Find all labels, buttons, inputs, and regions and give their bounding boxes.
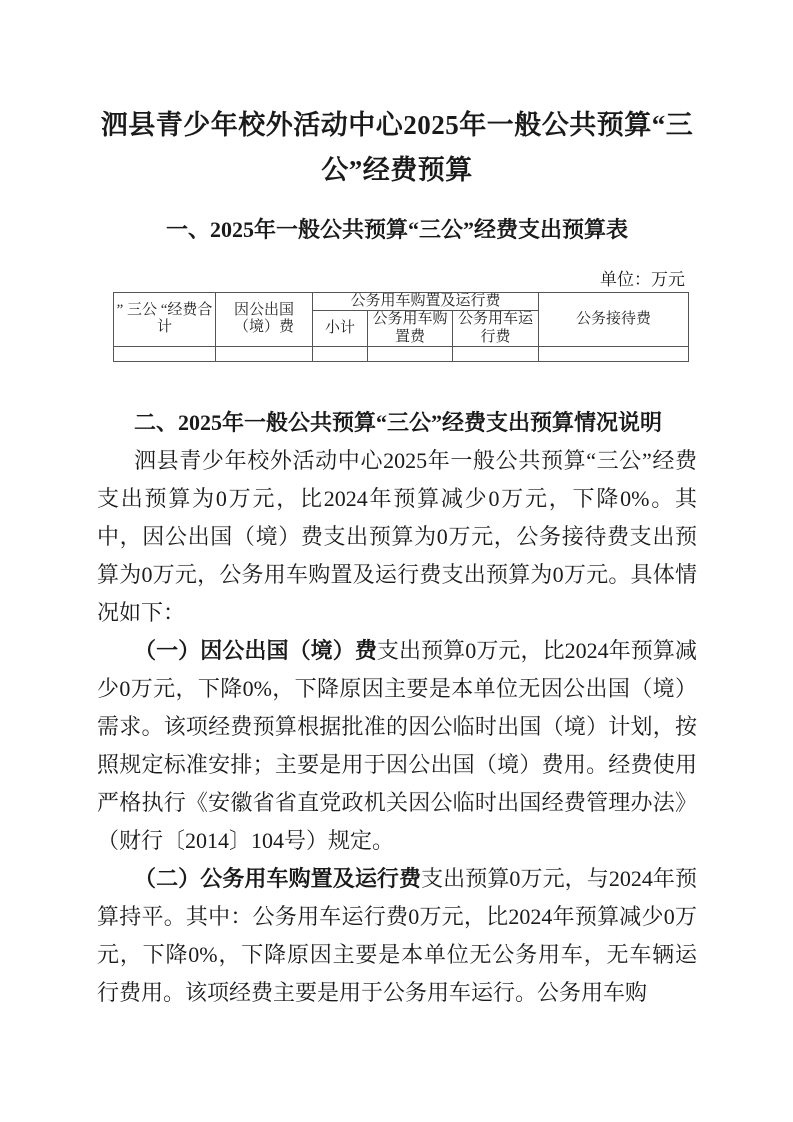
document-title: 泗县青少年校外活动中心2025年一般公共预算“三公”经费预算 <box>97 103 697 193</box>
table-header-vehicle-subtotal: 小计 <box>313 311 368 347</box>
paragraph-abroad-fee: （一）因公出国（境）费支出预算0万元，比2024年预算减少0万元，下降0%，下降… <box>97 632 697 860</box>
table-data-cell-vehicle-subtotal <box>313 346 368 361</box>
paragraph-vehicle-fee-lead: （二）公务用车购置及运行费 <box>134 866 421 891</box>
table-header-vehicle-group: 公务用车购置及运行费 <box>313 293 539 311</box>
paragraph-abroad-fee-body: 支出预算0万元，比2024年预算减少0万元，下降0%，下降原因主要是本单位无因公… <box>97 638 697 853</box>
three-public-budget-table: ” 三公 “经费合计 因公出国（境）费 公务用车购置及运行费 公务接待费 小计 … <box>113 292 689 362</box>
paragraph-abroad-fee-lead: （一）因公出国（境）费 <box>134 638 377 663</box>
table-data-cell-abroad <box>216 346 313 361</box>
document-page: 泗县青少年校外活动中心2025年一般公共预算“三公”经费预算 一、2025年一般… <box>0 0 793 1122</box>
table-unit-label: 单位：万元 <box>97 269 685 291</box>
table-header-total: ” 三公 “经费合计 <box>114 293 216 347</box>
table-data-cell-vehicle-operation <box>453 346 539 361</box>
table-data-cell-reception <box>539 346 689 361</box>
paragraph-vehicle-fee: （二）公务用车购置及运行费支出预算0万元，与2024年预算持平。其中：公务用车运… <box>97 860 697 1012</box>
table-header-vehicle-operation: 公务用车运行费 <box>453 311 539 347</box>
table-data-cell-total <box>114 346 216 361</box>
table-header-vehicle-purchase: 公务用车购置费 <box>368 311 453 347</box>
table-data-cell-vehicle-purchase <box>368 346 453 361</box>
table-header-row-top: ” 三公 “经费合计 因公出国（境）费 公务用车购置及运行费 公务接待费 <box>114 293 689 311</box>
table-header-reception-fee: 公务接待费 <box>539 293 689 347</box>
section-two-heading: 二、2025年一般公共预算“三公”经费支出预算情况说明 <box>97 404 697 442</box>
section-one-heading: 一、2025年一般公共预算“三公”经费支出预算表 <box>97 215 697 245</box>
paragraph-overview: 泗县青少年校外活动中心2025年一般公共预算“三公”经费支出预算为0万元，比20… <box>97 442 697 632</box>
table-header-abroad-fee: 因公出国（境）费 <box>216 293 313 347</box>
table-data-row <box>114 346 689 361</box>
